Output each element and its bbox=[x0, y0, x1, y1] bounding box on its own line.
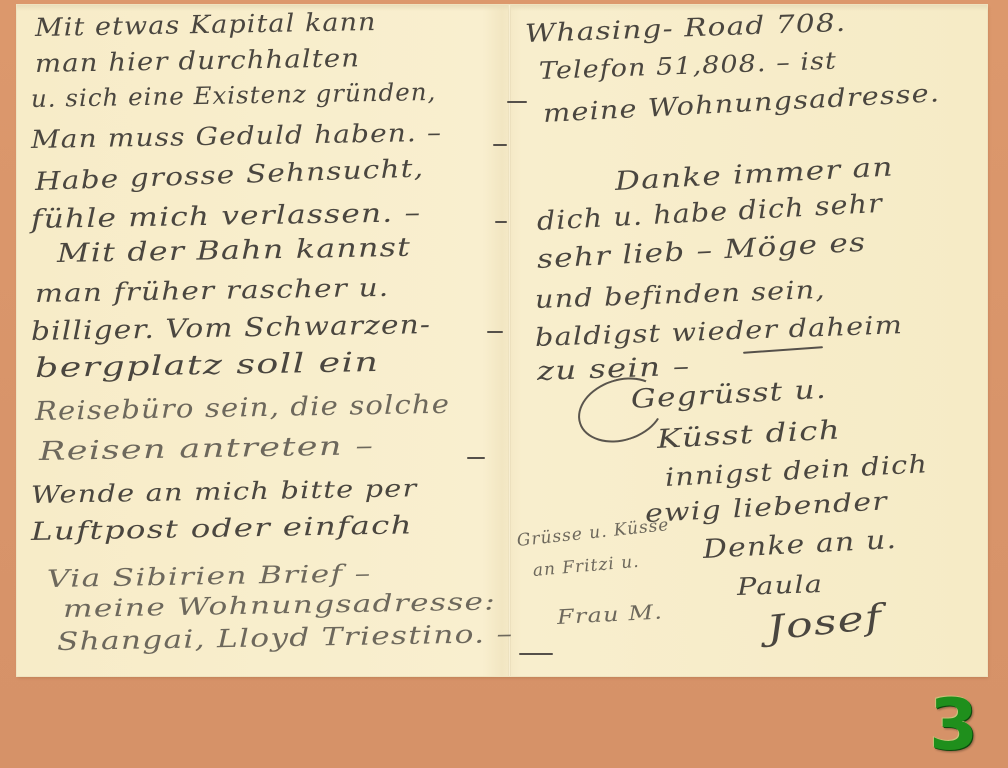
margin-note-line: Grüsse u. Küsse bbox=[516, 515, 670, 551]
page-number-badge: 3 bbox=[929, 690, 978, 760]
letter-sheet: Mit etwas Kapital kann man hier durchhal… bbox=[17, 5, 987, 676]
handwritten-line: Habe grosse Sehnsucht, bbox=[34, 153, 424, 196]
handwritten-line: Via Sibirien Brief – bbox=[47, 559, 372, 593]
handwritten-line: Shangai, Lloyd Triestino. – bbox=[57, 619, 514, 656]
left-page: Mit etwas Kapital kann man hier durchhal… bbox=[17, 5, 508, 676]
margin-note-line: Frau M. bbox=[556, 599, 663, 629]
handwritten-line: fühle mich verlassen. – bbox=[31, 198, 422, 235]
handwritten-line: Whasing- Road 708. bbox=[524, 8, 846, 48]
signature: Josef bbox=[765, 597, 885, 649]
ink-dash bbox=[507, 101, 527, 103]
handwritten-line: bergplatz soll ein bbox=[35, 347, 380, 384]
handwritten-line: baldigst wieder daheim bbox=[534, 310, 903, 352]
handwritten-line: Wende an mich bitte per bbox=[31, 474, 418, 509]
handwritten-line: Mit der Bahn kannst bbox=[57, 233, 412, 269]
handwritten-line: ewig liebender bbox=[644, 486, 888, 528]
ink-dash bbox=[467, 457, 485, 459]
handwritten-line: Reisen antreten – bbox=[39, 431, 375, 467]
ink-dash bbox=[493, 144, 507, 146]
ink-dash bbox=[495, 221, 507, 223]
handwritten-line: meine Wohnungsadresse: bbox=[63, 587, 497, 623]
handwritten-line: billiger. Vom Schwarzen- bbox=[31, 310, 432, 347]
handwritten-line: sehr lieb – Möge es bbox=[536, 228, 867, 275]
mounting-board: Mit etwas Kapital kann man hier durchhal… bbox=[0, 0, 1008, 768]
handwritten-line: Telefon 51,808. – ist bbox=[539, 47, 838, 85]
handwritten-line: Man muss Geduld haben. – bbox=[31, 118, 443, 154]
handwritten-line: Reisebüro sein, die solche bbox=[35, 390, 451, 427]
handwritten-line: Denke an u. bbox=[702, 525, 898, 565]
handwritten-line: Paula bbox=[737, 570, 824, 601]
handwritten-line: man früher rascher u. bbox=[35, 273, 390, 308]
handwritten-line: man hier durchhalten bbox=[35, 43, 361, 78]
handwritten-line: Luftpost oder einfach bbox=[31, 510, 413, 546]
handwritten-line: meine Wohnungsadresse. bbox=[542, 78, 941, 128]
right-page: Whasing- Road 708. Telefon 51,808. – ist… bbox=[511, 5, 987, 676]
handwritten-line: und befinden sein, bbox=[534, 275, 826, 314]
handwritten-line: Küsst dich bbox=[656, 415, 841, 455]
handwritten-line: u. sich eine Existenz gründen, bbox=[31, 78, 437, 113]
ink-dash bbox=[743, 346, 823, 354]
handwritten-line: Mit etwas Kapital kann bbox=[35, 7, 377, 42]
handwritten-line: innigst dein dich bbox=[664, 449, 928, 492]
margin-note-line: an Fritzi u. bbox=[532, 552, 640, 581]
ink-dash bbox=[487, 331, 503, 333]
